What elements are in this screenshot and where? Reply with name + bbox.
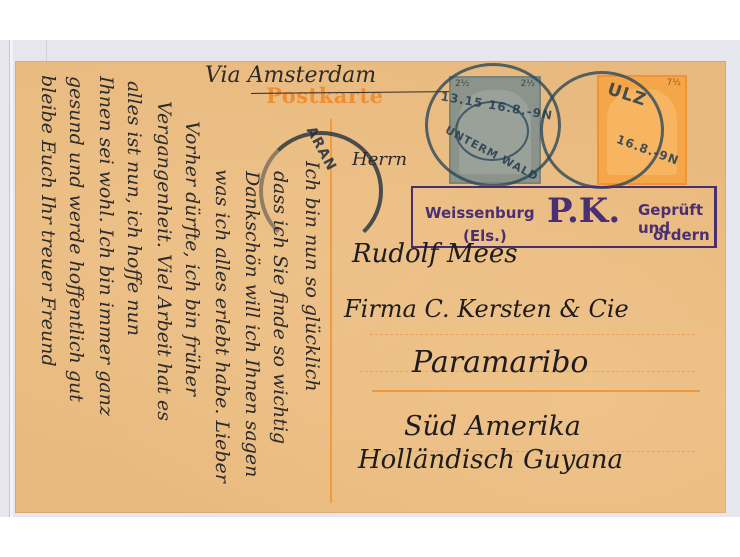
address-name: Rudolf Mees <box>352 239 518 269</box>
salutation: Herrn <box>352 149 407 170</box>
album-page-edge <box>9 40 13 517</box>
message-line: Vergangenheit. Viel Arbeit hat es <box>153 101 175 421</box>
censor-initials: P.K. <box>547 191 620 231</box>
message-line: gesund und werde hoffentlich gut <box>65 76 87 402</box>
address-guide-line <box>370 334 695 335</box>
message-line: Ihnen sei wohl. Ich bin immer ganz <box>95 76 117 416</box>
address-country: Holländisch Guyana <box>358 445 623 475</box>
routing-note: Via Amsterdam <box>205 63 376 88</box>
stamp-value: 7½ <box>667 78 681 88</box>
address-region: Süd Amerika <box>404 411 581 442</box>
address-city: Paramaribo <box>412 345 588 380</box>
message-line: Dankschön will ich Ihnen sagen <box>241 171 263 477</box>
address-company: Firma C. Kersten & Cie <box>344 295 629 323</box>
address-city-underline <box>372 390 700 392</box>
message-line: Vorher dürfte, ich bin früher <box>181 121 203 396</box>
message-line: alles ist nun, ich hoffe nun <box>123 81 145 336</box>
album-page-fold <box>46 40 47 62</box>
censor-text-2: ördern <box>653 226 710 244</box>
postmark-circle <box>540 71 664 189</box>
postcard: Ich bin nun so glücklich dass ich Sie fi… <box>15 61 726 513</box>
message-line: was ich alles erlebt habe. Lieber <box>211 169 233 483</box>
message-line: bleibe Euch Ihr treuer Freund <box>37 75 59 367</box>
censor-town: Weissenburg <box>425 204 535 222</box>
